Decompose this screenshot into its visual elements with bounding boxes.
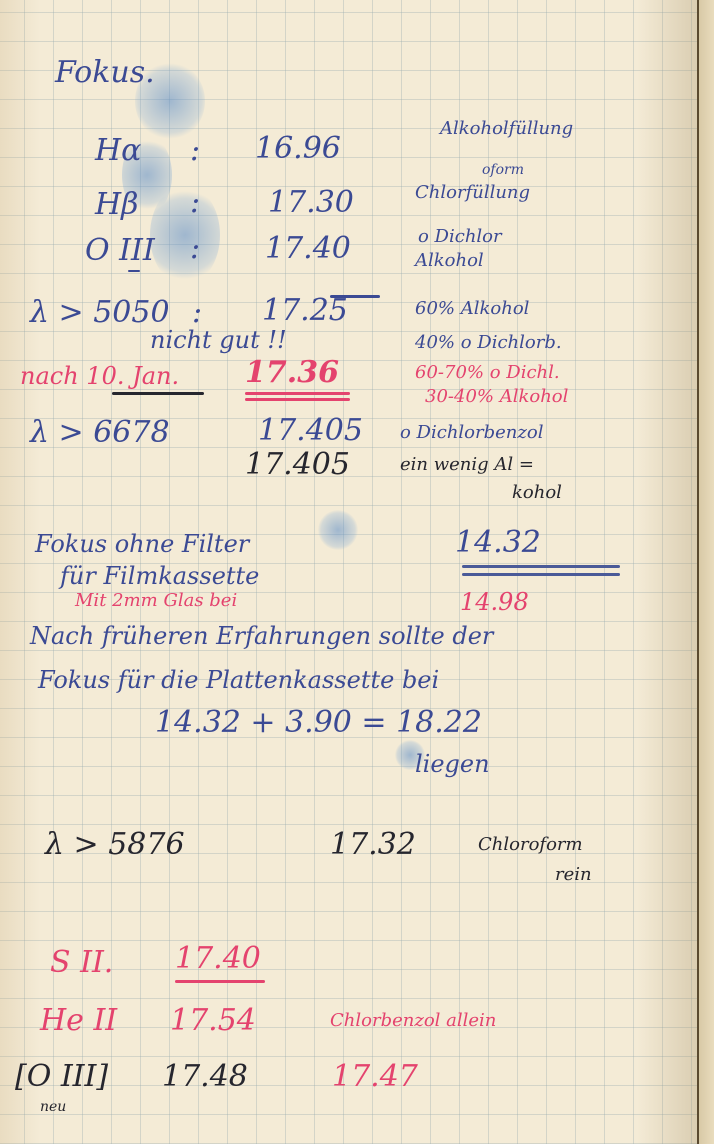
filter-line1: Fokus ohne Filter — [35, 532, 249, 556]
line-note: Chlorfüllung — [415, 184, 530, 202]
line-sep: : — [190, 234, 200, 264]
line-sep: : — [190, 188, 200, 218]
underline — [175, 980, 265, 983]
underline — [128, 270, 140, 272]
line-remark: nicht gut !! — [150, 328, 287, 352]
filter-line2: für Filmkassette — [60, 564, 259, 588]
double-underline — [245, 398, 350, 401]
adjacent-page-edge — [699, 0, 714, 1144]
line-value: 17.48 — [162, 1062, 248, 1092]
line-sep: : — [192, 298, 202, 328]
line-label: λ > 6678 — [30, 418, 170, 448]
double-underline — [462, 573, 620, 576]
line-note: o Dichlorbenzol — [400, 424, 543, 442]
line-value-overwrite: 17.405 — [245, 450, 350, 480]
line-note: 60-70% o Dichl. — [415, 364, 560, 382]
line-value: 17.30 — [268, 188, 354, 218]
filter-sentence3: liegen — [415, 752, 490, 776]
line-note: kohol — [512, 484, 562, 502]
line-label: λ > 5050 — [30, 298, 170, 328]
filter-sentence1: Nach früheren Erfahrungen sollte der — [30, 624, 493, 648]
line-note: 40% o Dichlorb. — [415, 334, 562, 352]
double-underline — [462, 565, 620, 568]
line-value: 17.32 — [330, 830, 416, 860]
line-note: Alkohol — [415, 252, 484, 270]
line-note: 60% Alkohol — [415, 300, 529, 318]
line-label: Hα — [95, 136, 141, 166]
line-sublabel: neu — [40, 1100, 66, 1114]
line-label: He II — [40, 1006, 117, 1036]
line-value: 17.40 — [265, 234, 351, 264]
overline — [330, 295, 380, 298]
line-label: Hβ — [95, 190, 139, 220]
line-value-2: 17.47 — [332, 1062, 418, 1092]
line-label: λ > 5876 — [45, 830, 185, 860]
line-note: o Dichlor — [418, 228, 502, 246]
heading: Fokus. — [55, 58, 155, 88]
line-label: nach 10. Jan. — [20, 364, 179, 388]
line-sep: : — [190, 136, 200, 166]
line-note: 30-40% Alkohol — [425, 388, 568, 406]
double-underline — [245, 392, 350, 395]
line-note: rein — [555, 866, 592, 884]
line-note: Chloroform — [478, 836, 583, 854]
line-label: [O III] — [15, 1062, 108, 1092]
filter-red-line: Mit 2mm Glas bei — [75, 592, 237, 610]
line-value: 16.96 — [255, 134, 341, 164]
ink-blot — [150, 185, 220, 285]
line-value: 17.25 — [262, 296, 348, 326]
filter-value: 14.32 — [455, 528, 541, 558]
line-value: 17.40 — [175, 944, 261, 974]
line-value: 17.405 — [258, 416, 363, 446]
ink-blot — [318, 510, 358, 550]
line-value: 17.54 — [170, 1006, 256, 1036]
line-label: S II. — [50, 948, 113, 978]
filter-red-value: 14.98 — [460, 590, 529, 614]
notebook-page: Fokus. Hα : 16.96 Alkoholfüllung Hβ : 17… — [0, 0, 697, 1144]
line-note: Chlorbenzol allein — [330, 1012, 496, 1030]
line-value: 17.36 — [245, 358, 339, 388]
filter-sentence2: Fokus für die Plattenkassette bei — [38, 668, 439, 692]
underline — [112, 392, 204, 395]
line-note: ein wenig Al = — [400, 456, 534, 474]
line-note: Alkoholfüllung — [440, 120, 573, 138]
line-note: oform — [482, 163, 524, 177]
filter-equation: 14.32 + 3.90 = 18.22 — [155, 708, 482, 738]
line-label: O III — [85, 236, 155, 266]
